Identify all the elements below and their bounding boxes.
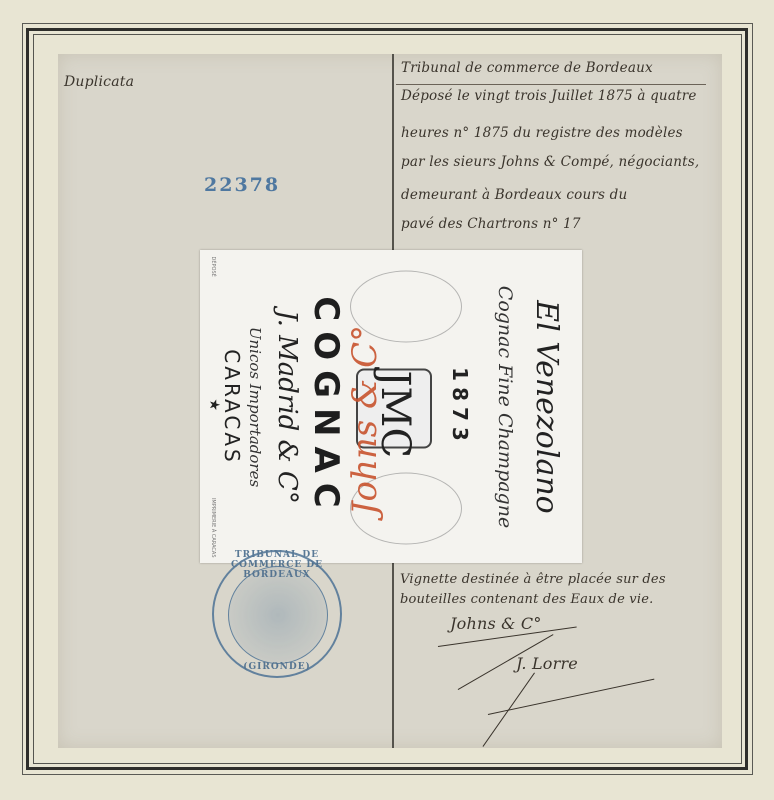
label-printer-mark: IMPRIMERIE À CARACAS	[210, 497, 216, 557]
document-sheet: Duplicata 22378 Tribunal de commerce de …	[58, 54, 722, 748]
label-year: 1873	[448, 250, 472, 563]
court-heading: Tribunal de commerce de Bordeaux	[401, 60, 653, 76]
seal-bottom-text: (GIRONDE)	[214, 662, 340, 672]
deposit-line-1: Déposé le vingt trois Juillet 1875 à qua…	[401, 88, 697, 104]
deposit-line-2: heures n° 1875 du registre des modèles	[401, 125, 683, 141]
label-city: CARACAS	[220, 250, 244, 563]
label-deposit-mark: DÉPOSÉ	[210, 256, 216, 276]
label-subtitle: Cognac Fine Champagne	[494, 250, 516, 563]
seal-top-text: TRIBUNAL DE COMMERCE DE BORDEAUX	[214, 550, 340, 580]
deposit-line-5: pavé des Chartrons n° 17	[401, 216, 581, 232]
star-icon: ★	[206, 398, 222, 411]
vignette-note-line-1: Vignette destinée à être placée sur des	[400, 572, 666, 587]
label-title: El Venezolano	[529, 250, 564, 563]
deposit-line-3: par les sieurs Johns & Compé, négociants…	[401, 154, 699, 170]
signature-flourish	[488, 679, 655, 716]
vignette-note-line-2: bouteilles contenant des Eaux de vie.	[400, 592, 653, 607]
registration-number-stamp: 22378	[204, 174, 280, 196]
deposit-line-4: demeurant à Bordeaux cours du	[401, 187, 627, 203]
seal-emblem	[228, 566, 328, 664]
label-importers: Unicos Importadores	[246, 250, 264, 563]
signature-lorre: J. Lorre	[516, 654, 578, 673]
label-firm: J. Madrid & C°	[272, 250, 302, 563]
duplicata-note: Duplicata	[64, 74, 134, 90]
label-product: COGNAC	[306, 250, 346, 563]
signature-flourish	[483, 673, 536, 747]
heading-rule	[396, 84, 706, 85]
red-overlay-signature: Johns & C°	[345, 325, 385, 515]
tribunal-seal-stamp: TRIBUNAL DE COMMERCE DE BORDEAUX (GIROND…	[212, 550, 342, 678]
signature-johns: Johns & C°	[450, 614, 542, 633]
cognac-label: El Venezolano Cognac Fine Champagne 1873…	[200, 250, 582, 563]
